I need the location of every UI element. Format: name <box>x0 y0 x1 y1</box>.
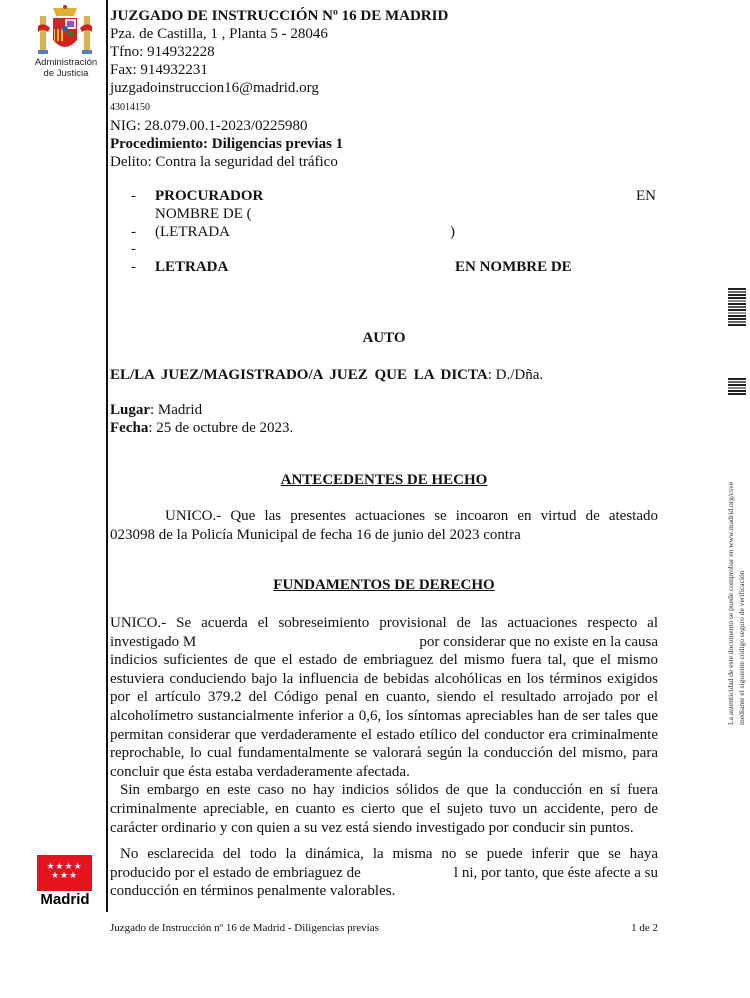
page-footer: Juzgado de Instrucción nº 16 de Madrid -… <box>110 922 658 934</box>
court-code: 43014150 <box>110 99 150 117</box>
date: Fecha: 25 de octubre de 2023. <box>110 419 293 437</box>
madrid-logo-label: Madrid <box>32 891 98 908</box>
party-nombre-de: NOMBRE DE ( <box>155 206 252 223</box>
antecedentes-body: UNICO.- Que las presentes actuaciones se… <box>110 507 658 544</box>
crime: Delito: Contra la seguridad del tráfico <box>110 153 338 171</box>
court-email[interactable]: juzgadoinstruccion16@madrid.org <box>110 79 319 97</box>
margin-rule <box>106 0 108 912</box>
fundamentos-body: UNICO.- Se acuerda el sobreseimiento pro… <box>110 614 658 837</box>
party-procurador: PROCURADOR <box>155 188 263 205</box>
barcode-icon <box>728 288 746 327</box>
party-letrada-close: ) <box>450 224 455 241</box>
party-en: EN <box>636 188 656 205</box>
court-name: JUZGADO DE INSTRUCCIÓN Nº 16 DE MADRID <box>110 7 448 25</box>
place: Lugar: Madrid <box>110 401 202 419</box>
judge-line: EL/LA JUEZ/MAGISTRADO/A JUEZ QUE LA DICT… <box>110 366 543 384</box>
page-number: 1 de 2 <box>631 922 658 934</box>
barcode-icon <box>728 378 746 396</box>
fundamentos-heading: FUNDAMENTOS DE DERECHO <box>110 577 658 594</box>
verification-note: La autenticidad de este documento se pue… <box>726 395 748 725</box>
stars-icon: ★★★★★★★ <box>37 862 92 880</box>
auto-title: AUTO <box>110 330 658 347</box>
party-letrada-1: (LETRADA <box>155 224 230 241</box>
madrid-flag-icon: ★★★★★★★ <box>37 855 92 891</box>
coat-of-arms-icon <box>36 4 94 56</box>
antecedentes-heading: ANTECEDENTES DE HECHO <box>110 472 658 489</box>
court-phone: Tfno: 914932228 <box>110 43 215 61</box>
footer-court: Juzgado de Instrucción nº 16 de Madrid -… <box>110 922 379 934</box>
nig-number: NIG: 28.079.00.1-2023/0225980 <box>110 117 308 135</box>
party-en-nombre-de: EN NOMBRE DE <box>455 259 572 276</box>
list-dash: - <box>131 241 136 258</box>
court-address: Pza. de Castilla, 1 , Planta 5 - 28046 <box>110 25 328 43</box>
list-dash: - <box>131 259 136 276</box>
list-dash: - <box>131 224 136 241</box>
fundamentos-body-2: No esclarecida del todo la dinámica, la … <box>110 845 658 901</box>
court-fax: Fax: 914932231 <box>110 61 208 79</box>
list-dash: - <box>131 188 136 205</box>
party-letrada-2: LETRADA <box>155 259 228 276</box>
procedure: Procedimiento: Diligencias previas 1 <box>110 135 343 153</box>
justice-admin-label: Administración de Justicia <box>28 57 104 79</box>
